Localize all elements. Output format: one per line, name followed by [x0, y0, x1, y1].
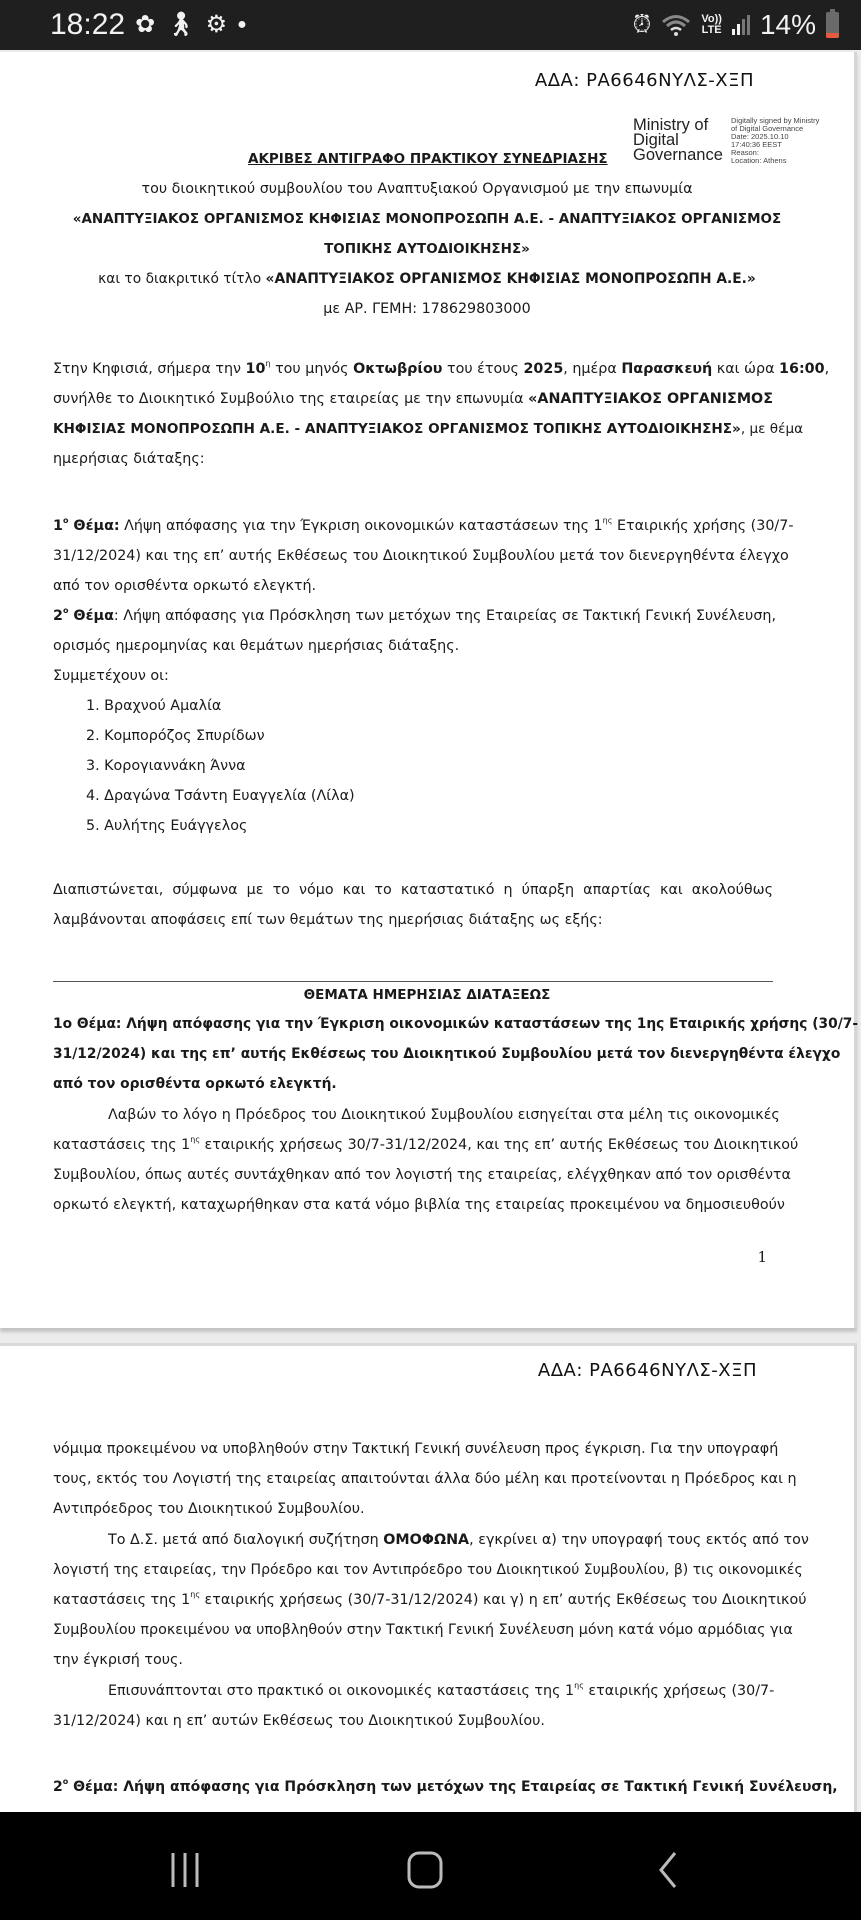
- section-heading: ΘΕΜΑΤΑ ΗΜΕΡΗΣΙΑΣ ΔΙΑΤΑΞΕΩΣ: [0, 987, 854, 1003]
- document-title: ΑΚΡΙΒΕΣ ΑΝΤΙΓΡΑΦΟ ΠΡΑΚΤΙΚΟΥ ΣΥΝΕΔΡΙΑΣΗΣ: [248, 151, 608, 167]
- agenda-item-1-line-3: από τον ορισθέντα ορκωτό ελεγκτή.: [53, 578, 316, 594]
- volte-icon: Vo)) LTE: [701, 14, 722, 36]
- text: καταστάσεις της 1: [53, 1137, 190, 1153]
- topic1-heading-line-2: 31/12/2024) και της επ’ αυτής Εκθέσεως τ…: [53, 1046, 773, 1062]
- wifi-icon: [661, 13, 691, 37]
- participant-item: 4. Δραγώνα Τσάντη Ευαγγελία (Λίλα): [86, 788, 355, 804]
- text: Λήψη απόφασης για την Έγκριση οικονομικώ…: [120, 518, 603, 534]
- dot-icon: ●: [237, 17, 247, 33]
- home-button[interactable]: [406, 1850, 446, 1890]
- body-line-4: ορκωτό ελεγκτή, καταχωρήθηκαν στα κατά ν…: [53, 1197, 773, 1213]
- gear-icon: ⚙: [206, 13, 228, 37]
- label: Θέμα: [68, 608, 113, 624]
- sup: ο: [63, 1777, 69, 1786]
- signature-details: Digitally signed by Ministry of Digital …: [731, 117, 819, 165]
- battery-percent: 14%: [760, 9, 816, 41]
- agenda-label: 2ο Θέμα: [53, 608, 114, 624]
- company-name-line2: ΤΟΠΙΚΗΣ ΑΥΤΟΔΙΟΙΚΗΣΗΣ»: [0, 241, 854, 257]
- p2-line: Επισυνάπτονται στο πρακτικό οι οικονομικ…: [108, 1683, 773, 1699]
- p2-line: την έγκρισή τους.: [53, 1652, 183, 1668]
- clock: 18:22: [50, 8, 125, 42]
- page-number: 1: [757, 1248, 767, 1266]
- status-bar: 18:22 ✿ 🚶︎ ⚙ ● ⏰︎ Vo)) LTE 14%: [0, 0, 861, 50]
- agenda-item-2-line-1: 2ο Θέμα: Λήψη απόφασης για Πρόσκληση των…: [53, 608, 773, 624]
- company-name-line1: «ΑΝΑΠΤΥΞΙΑΚΟΣ ΟΡΓΑΝΙΣΜΟΣ ΚΗΦΙΣΙΑΣ ΜΟΝΟΠΡ…: [0, 211, 854, 227]
- body-line-1: Λαβών το λόγο η Πρόεδρος του Διοικητικού…: [108, 1107, 773, 1123]
- participant-item: 1. Βραχνού Αμαλία: [86, 698, 221, 714]
- weekday: Παρασκευή: [621, 361, 712, 377]
- text: Στην Κηφισιά, σήμερα την: [53, 361, 246, 377]
- text: και ώρα: [712, 361, 779, 377]
- time: 16:00: [779, 361, 825, 377]
- text: Θέμα: Λήψη απόφασης για Πρόσκληση των με…: [68, 1779, 837, 1795]
- sup: ης: [190, 1590, 200, 1599]
- text: , με θέμα: [741, 421, 803, 437]
- agenda-label: 1ο Θέμα:: [53, 518, 120, 534]
- participant-item: 3. Κορογιαννάκη Άννα: [86, 758, 246, 774]
- participant-item: 5. Αυλήτης Ευάγγελος: [86, 818, 247, 834]
- sup: ο: [63, 606, 69, 615]
- intro-line-3: ΚΗΦΙΣΙΑΣ ΜΟΝΟΠΡΟΣΩΠΗ Α.Ε. - ΑΝΑΠΤΥΞΙΑΚΟΣ…: [53, 421, 773, 437]
- body-line-2: καταστάσεις της 1ης εταιρικής χρήσεως 30…: [53, 1137, 773, 1153]
- quorum-line-2: λαμβάνονται αποφάσεις επί των θεμάτων τη…: [53, 912, 603, 928]
- num: 2: [53, 608, 63, 624]
- document-page-1: ΑΔΑ: ΡΑ6646ΝΥΛΣ-ΧΞΠ Ministry of Digital …: [0, 52, 857, 1328]
- p2-line: καταστάσεις της 1ης εταιρικής χρήσεως (3…: [53, 1592, 773, 1608]
- lte-label: LTE: [701, 25, 722, 36]
- p2-line: Αντιπρόεδρος του Διοικητικού Συμβουλίου.: [53, 1501, 365, 1517]
- sup: η: [265, 359, 270, 368]
- text: εταιρικής χρήσεως 30/7-31/12/2024, και τ…: [200, 1137, 798, 1153]
- gemi-number: με ΑΡ. ΓΕΜΗ: 178629803000: [0, 301, 854, 317]
- company-name: «ΑΝΑΠΤΥΞΙΑΚΟΣ ΟΡΓΑΝΙΣΜΟΣ: [528, 391, 773, 407]
- p2-line: Συμβουλίου προκειμένου να υποβληθούν στη…: [53, 1622, 773, 1638]
- sup: ο: [63, 516, 69, 525]
- topic2-heading: 2ο Θέμα: Λήψη απόφασης για Πρόσκληση των…: [53, 1779, 773, 1795]
- text: , εγκρίνει α) την υπογραφή τους εκτός απ…: [469, 1532, 809, 1548]
- distinctive-prefix: και το διακριτικό τίτλο: [98, 271, 265, 287]
- topic1-heading-line-1: 1ο Θέμα: Λήψη απόφασης για την Έγκριση ο…: [53, 1016, 773, 1032]
- recent-apps-button[interactable]: [165, 1850, 205, 1890]
- walking-icon: 🚶︎: [165, 13, 195, 37]
- agenda-item-1-line-2: 31/12/2024) και της επ’ αυτής Εκθέσεως τ…: [53, 548, 773, 564]
- signature-detail: Location: Athens: [731, 157, 819, 165]
- label: Θέμα:: [68, 518, 119, 534]
- text: Επισυνάπτονται στο πρακτικό οι οικονομικ…: [108, 1683, 574, 1699]
- text: καταστάσεις της 1: [53, 1592, 190, 1608]
- text: Το Δ.Σ. μετά από διαλογική συζήτηση: [108, 1532, 383, 1548]
- battery-icon: [826, 12, 839, 38]
- document-subtitle: του διοικητικού συμβουλίου του Αναπτυξια…: [0, 181, 854, 197]
- day: 10: [246, 361, 266, 377]
- text: : Λήψη απόφασης για Πρόσκληση των μετόχω…: [114, 608, 776, 624]
- month: Οκτωβρίου: [353, 361, 442, 377]
- back-button[interactable]: [655, 1850, 685, 1890]
- sup: ης: [190, 1135, 200, 1144]
- text: του έτους: [442, 361, 523, 377]
- p2-line: 31/12/2024) και η επ’ αυτών Εκθέσεως του…: [53, 1713, 545, 1729]
- text: εταιρικής χρήσεως (30/7-31/12/2024) και …: [200, 1592, 806, 1608]
- flower-icon: ✿: [135, 13, 155, 37]
- year: 2025: [523, 361, 563, 377]
- signature-org: Ministry of Digital Governance: [633, 118, 723, 163]
- p2-line: τους, εκτός του Λογιστή της εταιρείας απ…: [53, 1471, 773, 1487]
- text: εταιρικής χρήσεως (30/7-: [584, 1683, 774, 1699]
- intro-line-1: Στην Κηφισιά, σήμερα την 10η του μηνός Ο…: [53, 361, 773, 377]
- unanimous: ΟΜΟΦΩΝΑ: [383, 1532, 469, 1548]
- ada-code: ΑΔΑ: ΡΑ6646ΝΥΛΣ-ΧΞΠ: [538, 1360, 757, 1381]
- navigation-bar: [0, 1812, 861, 1920]
- text: Εταιρικής χρήσης (30/7-: [612, 518, 793, 534]
- p2-line: νόμιμα προκειμένου να υποβληθούν στην Τα…: [53, 1441, 773, 1457]
- intro-line-4: ημερήσιας διάταξης:: [53, 451, 205, 467]
- participant-item: 2. Κομπορόζος Σπυρίδων: [86, 728, 265, 744]
- sup: ης: [574, 1681, 584, 1690]
- body-line-3: Συμβουλίου, όπως αυτές συντάχθηκαν από τ…: [53, 1167, 773, 1183]
- intro-line-2: συνήλθε το Διοικητικό Συμβούλιο της εται…: [53, 391, 773, 407]
- distinctive-title: «ΑΝΑΠΤΥΞΙΑΚΟΣ ΟΡΓΑΝΙΣΜΟΣ ΚΗΦΙΣΙΑΣ ΜΟΝΟΠΡ…: [266, 271, 756, 287]
- p2-line: λογιστή της εταιρείας, την Πρόεδρο και τ…: [53, 1562, 773, 1578]
- company-name: ΚΗΦΙΣΙΑΣ ΜΟΝΟΠΡΟΣΩΠΗ Α.Ε. - ΑΝΑΠΤΥΞΙΑΚΟΣ…: [53, 421, 741, 437]
- text: του μηνός: [271, 361, 354, 377]
- num: 1: [53, 518, 63, 534]
- text: συνήλθε το Διοικητικό Συμβούλιο της εται…: [53, 391, 528, 407]
- quorum-line-1: Διαπιστώνεται, σύμφωνα με το νόμο και το…: [53, 882, 773, 898]
- topic1-heading-line-3: από τον ορισθέντα ορκωτό ελεγκτή.: [53, 1076, 337, 1092]
- agenda-item-1-line-1: 1ο Θέμα: Λήψη απόφασης για την Έγκριση ο…: [53, 518, 773, 534]
- document-page-2: ΑΔΑ: ΡΑ6646ΝΥΛΣ-ΧΞΠ νόμιμα προκειμένου ν…: [0, 1343, 857, 1813]
- distinctive-title-line: και το διακριτικό τίτλο «ΑΝΑΠΤΥΞΙΑΚΟΣ ΟΡ…: [0, 271, 854, 287]
- p2-line: Το Δ.Σ. μετά από διαλογική συζήτηση ΟΜΟΦ…: [108, 1532, 773, 1548]
- signature-org-line: Governance: [633, 148, 723, 163]
- signal-icon: [732, 15, 750, 35]
- participants-label: Συμμετέχουν οι:: [53, 668, 169, 684]
- text: ,: [825, 361, 830, 377]
- num: 2: [53, 1779, 63, 1795]
- agenda-item-2-line-2: ορισμός ημερομηνίας και θεμάτων ημερήσια…: [53, 638, 459, 654]
- section-divider: [53, 981, 773, 982]
- ada-code: ΑΔΑ: ΡΑ6646ΝΥΛΣ-ΧΞΠ: [535, 70, 754, 91]
- alarm-icon: ⏰︎: [633, 13, 652, 37]
- sup: ης: [603, 516, 613, 525]
- text: , ημέρα: [563, 361, 621, 377]
